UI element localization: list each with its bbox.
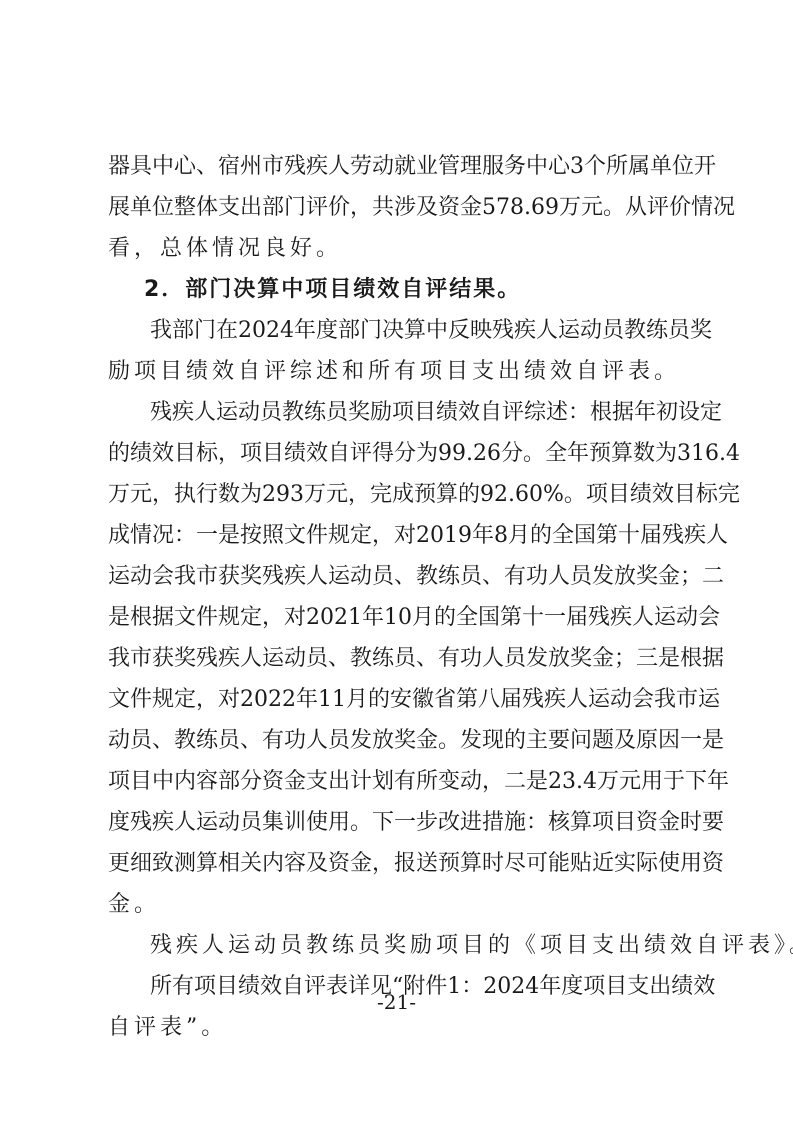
- text-line: 度残疾人运动员集训使用。下一步改进措施：核算项目资金时要: [108, 802, 692, 843]
- text-line: 文件规定，对2022年11月的安徽省第八届残疾人运动会我市运: [108, 679, 692, 720]
- text-line: 万元，执行数为293万元，完成预算的92.60%。项目绩效目标完: [108, 474, 692, 515]
- text-line: 更细致测算相关内容及资金，报送预算时尽可能贴近实际使用资: [108, 843, 692, 884]
- section-heading: 2．部门决算中项目绩效自评结果。: [108, 269, 692, 310]
- document-page: 器具中心、宿州市残疾人劳动就业管理服务中心3个所属单位开 展单位整体支出部门评价…: [108, 146, 692, 1048]
- text-line: 我市获奖残疾人运动员、教练员、有功人员发放奖金；三是根据: [108, 638, 692, 679]
- text-line: 项目中内容部分资金支出计划有所变动，二是23.4万元用于下年: [108, 761, 692, 802]
- text-line: 的绩效目标，项目绩效自评得分为99.26分。全年预算数为316.4: [108, 433, 692, 474]
- page-number: -21-: [0, 990, 793, 1014]
- text-line: 展单位整体支出部门评价，共涉及资金578.69万元。从评价情况: [108, 187, 692, 228]
- text-line: 器具中心、宿州市残疾人劳动就业管理服务中心3个所属单位开: [108, 146, 692, 187]
- text-line: 看，总体情况良好。: [108, 228, 692, 269]
- text-line: 成情况：一是按照文件规定，对2019年8月的全国第十届残疾人: [108, 515, 692, 556]
- text-line: 金。: [108, 884, 692, 925]
- text-line: 我部门在2024年度部门决算中反映残疾人运动员教练员奖: [108, 310, 692, 351]
- text-line: 是根据文件规定，对2021年10月的全国第十一届残疾人运动会: [108, 597, 692, 638]
- text-line: 励项目绩效自评综述和所有项目支出绩效自评表。: [108, 351, 692, 392]
- text-line: 运动会我市获奖残疾人运动员、教练员、有功人员发放奖金；二: [108, 556, 692, 597]
- text-line: 残疾人运动员教练员奖励项目绩效自评综述：根据年初设定: [108, 392, 692, 433]
- text-line: 动员、教练员、有功人员发放奖金。发现的主要问题及原因一是: [108, 720, 692, 761]
- text-line: 残疾人运动员教练员奖励项目的《项目支出绩效自评表》。: [108, 925, 692, 966]
